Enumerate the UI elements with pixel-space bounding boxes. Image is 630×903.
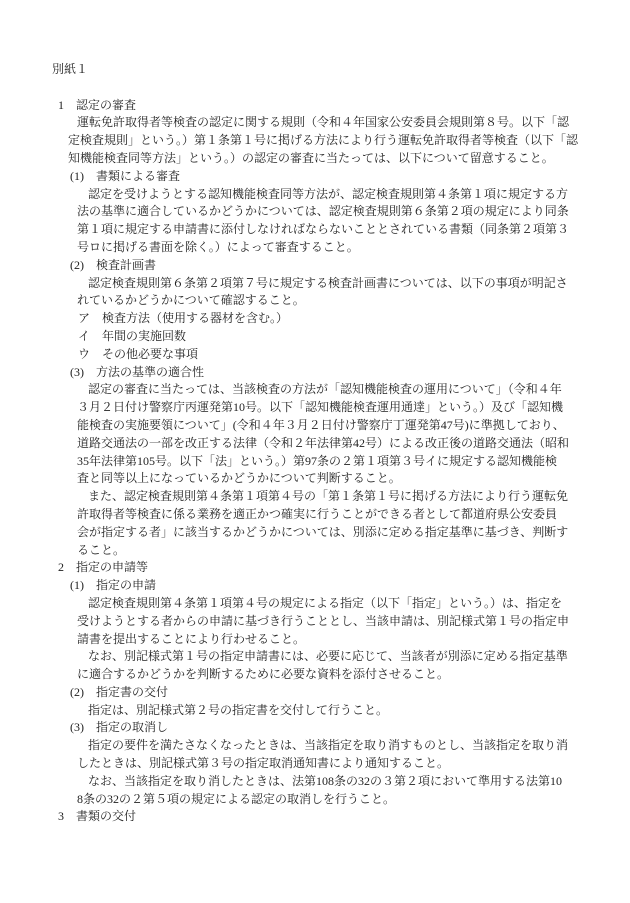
document-line: なお、別記様式第１号の指定申請書には、必要に応じて、当該者が別添に定める指定基準 xyxy=(88,648,600,666)
document-line: 道路交通法の一部を改正する法律（令和２年法律第42号）による改正後の道路交通法（… xyxy=(77,435,600,453)
document-line: 第１項に規定する申請書に添付しなければならないこととされている書類（同条第２項第… xyxy=(77,221,600,239)
document-line: 1 認定の審査 xyxy=(58,97,600,115)
document-line: 能検査の実施要領について」(令和４年３月２日付け警察庁丁運発第47号)に準拠して… xyxy=(77,417,600,435)
document-line: したときは、別記様式第３号の指定取消通知書により通知すること。 xyxy=(77,755,600,773)
document-line: 認定を受けようとする認知機能検査同等方法が、認定検査規則第４条第１項に規定する方 xyxy=(88,186,600,204)
document-line: 認定検査規則第６条第２項第７号に規定する検査計画書については、以下の事項が明記さ xyxy=(88,275,600,293)
document-line: に適合するかどうかを判断するために必要な資料を添付させること。 xyxy=(77,666,600,684)
document-page: 別紙１1 認定の審査運転免許取得者等検査の認定に関する規則（令和４年国家公安委員… xyxy=(0,0,630,903)
document-line: 指定の要件を満たさなくなったときは、当該指定を取り消すものとし、当該指定を取り消 xyxy=(88,737,600,755)
document-line: 運転免許取得者等検査の認定に関する規則（令和４年国家公安委員会規則第８号。以下「… xyxy=(77,114,600,132)
document-line-spacer xyxy=(52,79,600,97)
document-line: 許取得者等検査に係る業務を適正かつ確実に行うことができる者として都道府県公安委員 xyxy=(77,506,600,524)
document-line: ウ その他必要な事項 xyxy=(78,346,600,364)
document-line: 指定は、別記様式第２号の指定書を交付して行うこと。 xyxy=(88,702,600,720)
document-line: ア 検査方法（使用する器材を含む。） xyxy=(78,310,600,328)
document-line: 受けようとする者からの申請に基づき行うこととし、当該申請は、別記様式第１号の指定… xyxy=(77,613,600,631)
document-body: 別紙１1 認定の審査運転免許取得者等検査の認定に関する規則（令和４年国家公安委員… xyxy=(52,61,600,826)
document-line: 別紙１ xyxy=(52,61,600,79)
document-line: また、認定検査規則第４条第１項第４号の「第１条第１号に掲げる方法により行う運転免 xyxy=(88,488,600,506)
document-line: 2 指定の申請等 xyxy=(58,559,600,577)
document-line: (3) 方法の基準の適合性 xyxy=(70,364,600,382)
document-line: (1) 書類による審査 xyxy=(70,168,600,186)
document-line: 認定の審査に当たっては、当該検査の方法が「認知機能検査の運用について」（令和４年 xyxy=(88,381,600,399)
document-line: 請書を提出することにより行わせること。 xyxy=(77,631,600,649)
document-line: (3) 指定の取消し xyxy=(70,719,600,737)
document-line: 35年法律第105号。以下「法」という。）第97条の２第１項第３号イに規定する認… xyxy=(77,453,600,471)
document-line: 知機能検査同等方法」という。）の認定の審査に当たっては、以下について留意すること… xyxy=(68,150,600,168)
document-line: 法の基準に適合しているかどうかについては、認定検査規則第６条第２項の規定により同… xyxy=(77,203,600,221)
document-line: なお、当該指定を取り消したときは、法第108条の32の３第２項において準用する法… xyxy=(88,773,600,791)
document-line: ３月２日付け警察庁丙運発第10号。以下「認知機能検査運用通達」という。）及び「認… xyxy=(77,399,600,417)
document-line: イ 年間の実施回数 xyxy=(78,328,600,346)
document-line: 3 書類の交付 xyxy=(58,808,600,826)
document-line: れているかどうかについて確認すること。 xyxy=(77,292,600,310)
document-line: 定検査規則」という。）第１条第１号に掲げる方法により行う運転免許取得者等検査（以… xyxy=(68,132,600,150)
document-line: (2) 指定書の交付 xyxy=(70,684,600,702)
document-line: 号ロに掲げる書面を除く。）によって審査すること。 xyxy=(77,239,600,257)
document-line: (1) 指定の申請 xyxy=(70,577,600,595)
document-line: 査と同等以上になっているかどうかについて判断すること。 xyxy=(77,470,600,488)
document-line: 認定検査規則第４条第１項第４号の規定による指定（以下「指定」という。）は、指定を xyxy=(88,595,600,613)
document-line: (2) 検査計画書 xyxy=(70,257,600,275)
document-line: ること。 xyxy=(77,542,600,560)
document-line: 会が指定する者」に該当するかどうかについては、別添に定める指定基準に基づき、判断… xyxy=(77,524,600,542)
document-line: 8条の32の２第５項の規定による認定の取消しを行うこと。 xyxy=(77,791,600,809)
